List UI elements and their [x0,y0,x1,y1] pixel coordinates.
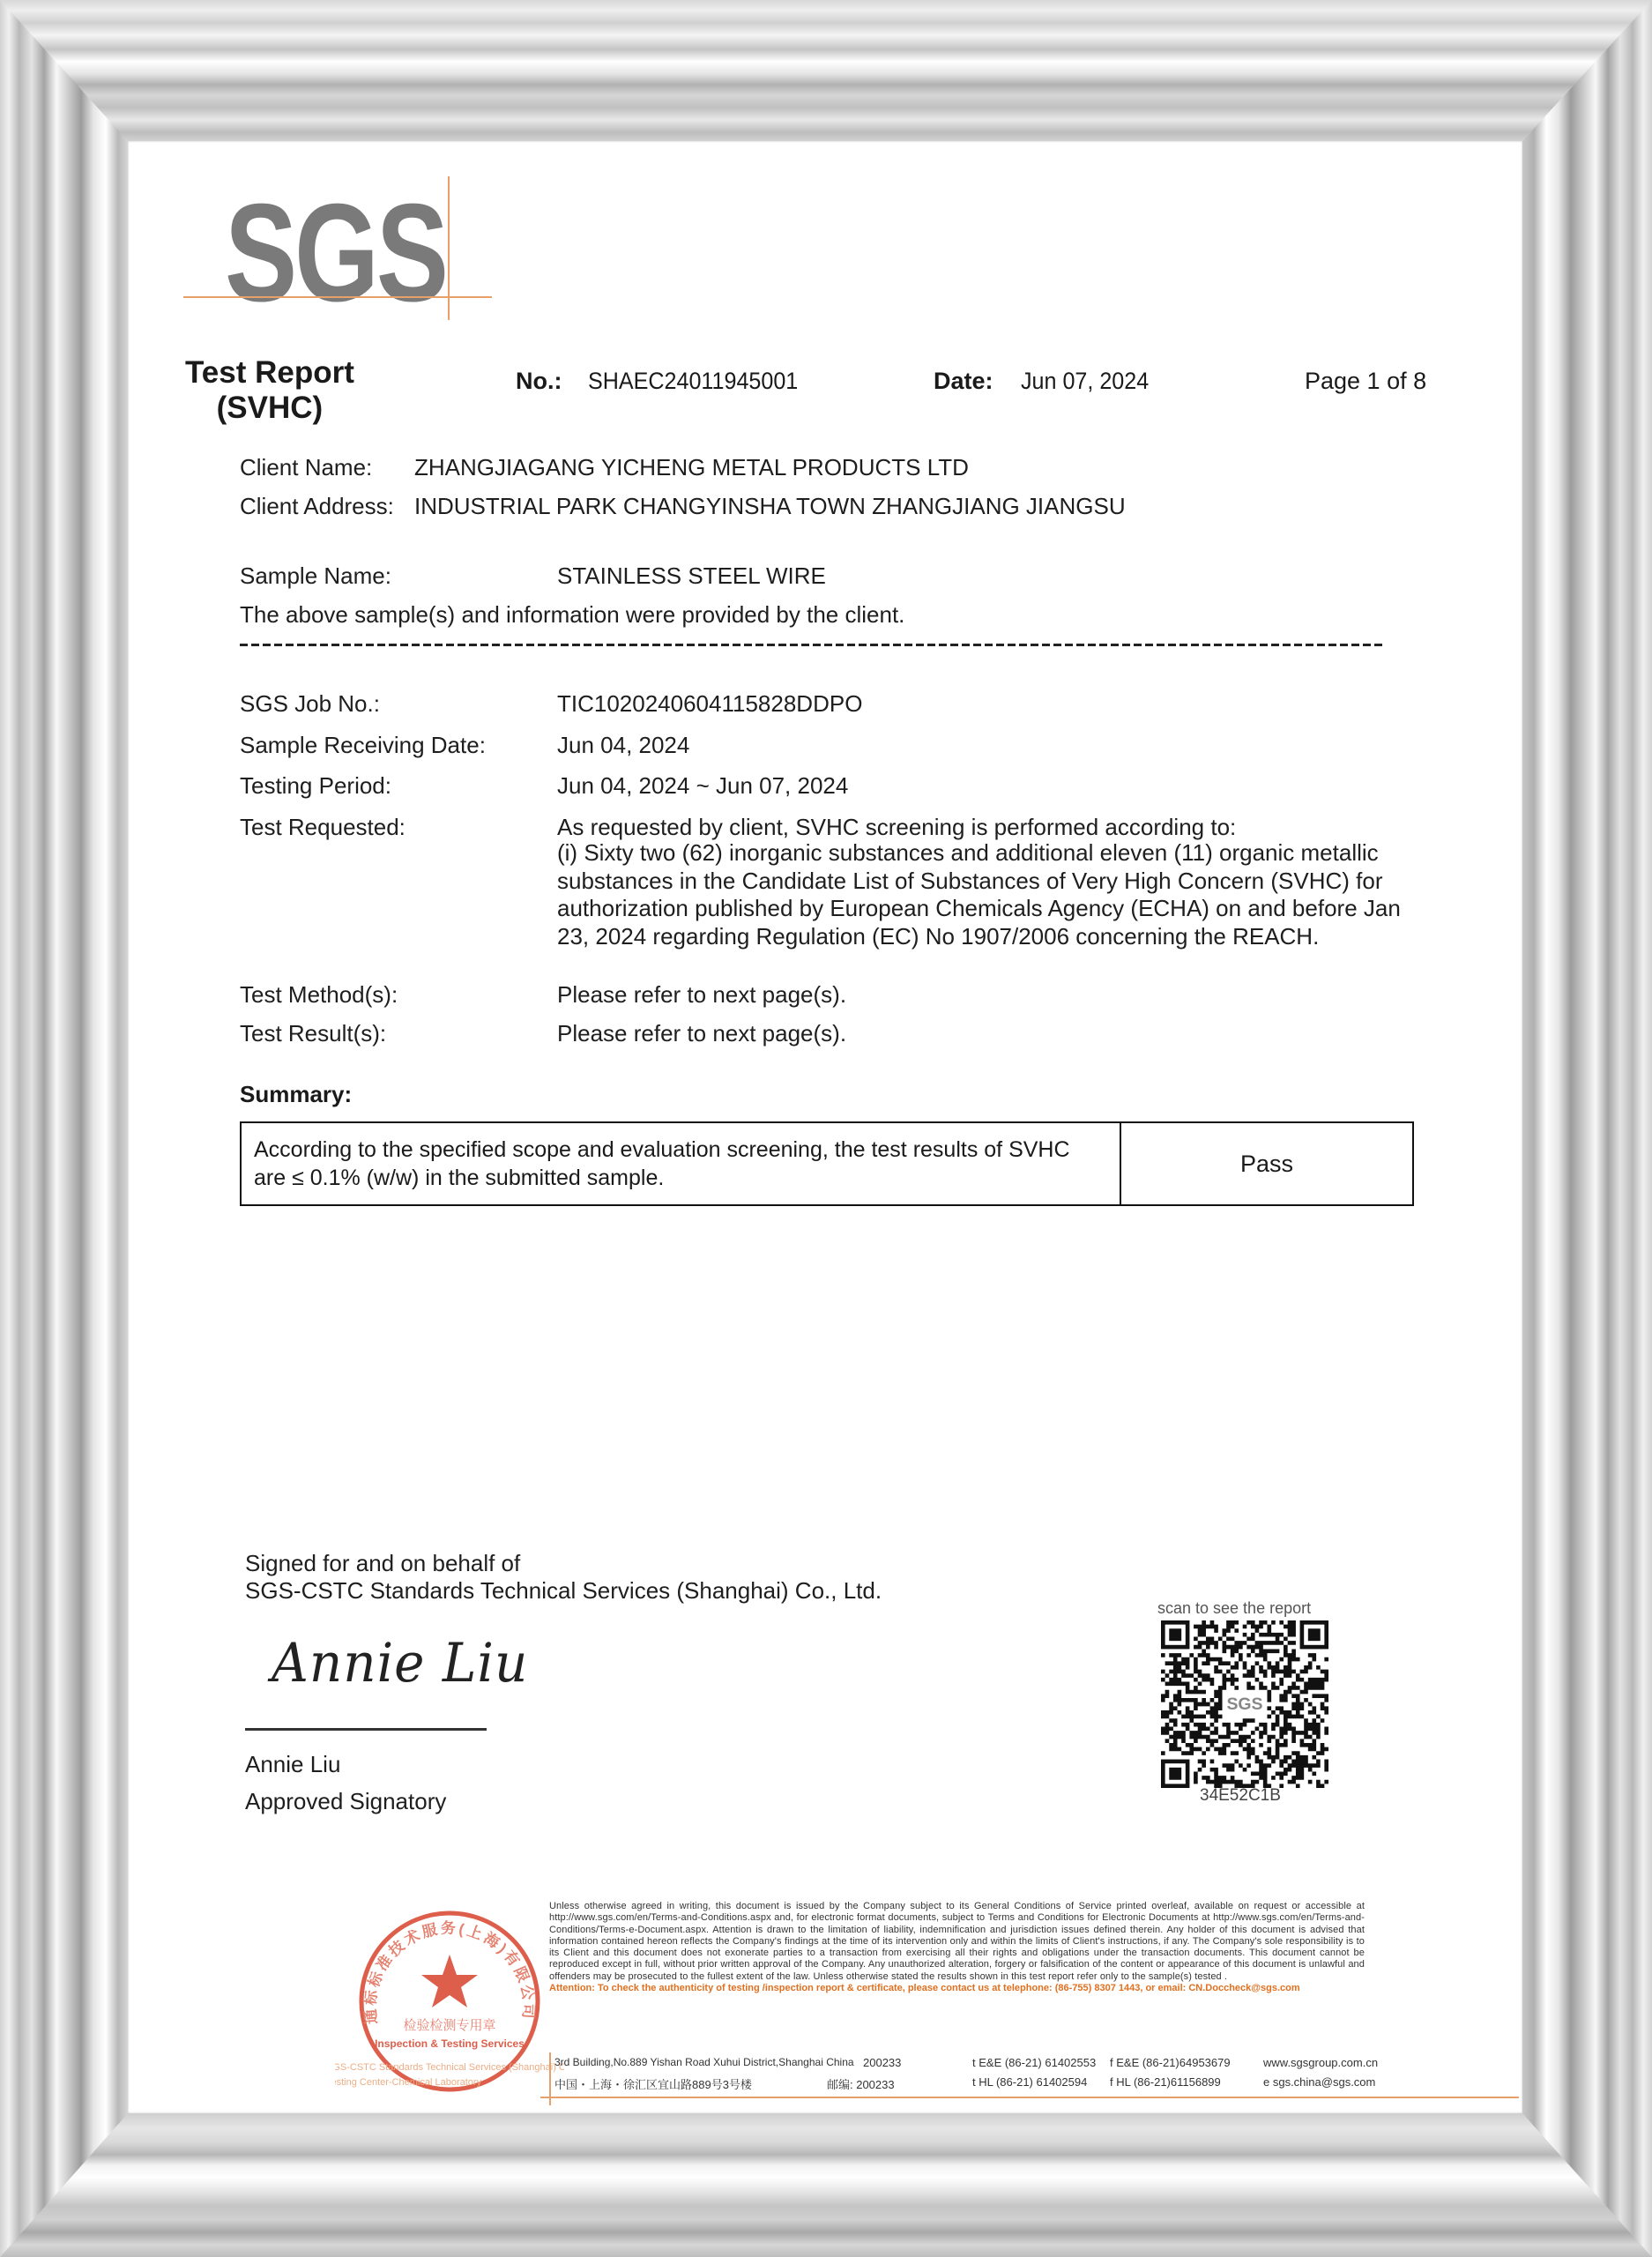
test-result-label: Test Result(s): [240,1020,386,1047]
handwritten-signature: Annie Liu [272,1631,528,1694]
job-no-value: TIC1020240604115828DDPO [557,690,862,718]
date-value: Jun 07, 2024 [1021,368,1149,395]
job-no-label: SGS Job No.: [240,690,380,718]
stamp-center-cn: 检验检测专用章 [403,2017,495,2033]
footer-address-bar: 3rd Building,No.889 Yishan Road Xuhui Di… [549,2052,1519,2100]
legal-disclaimer: Unless otherwise agreed in writing, this… [549,1901,1365,1983]
logo-vertical-rule [448,176,450,320]
address-en: 3rd Building,No.889 Yishan Road Xuhui Di… [554,2056,854,2068]
phone-hl-t: t HL (86-21) 61402594 [972,2075,1087,2089]
test-requested-label: Test Requested: [240,814,406,841]
postcode-en: 200233 [863,2056,901,2069]
report-no-label: No.: [516,368,562,395]
date-label: Date: [934,368,993,395]
sample-name-label: Sample Name: [240,562,391,590]
summary-table: According to the specified scope and eva… [240,1121,1414,1206]
phone-hl-f: f HL (86-21)61156899 [1110,2075,1221,2089]
email-link[interactable]: e sgs.china@sgs.com [1263,2075,1375,2089]
postcode-cn: 邮编: 200233 [827,2075,895,2092]
frame-left [0,0,128,2257]
summary-result: Pass [1121,1123,1412,1204]
testing-period-label: Testing Period: [240,772,391,800]
report-title: Test Report (SVHC) [185,355,354,426]
sample-note: The above sample(s) and information were… [240,601,904,629]
phone-ee-f: f E&E (86-21)64953679 [1110,2056,1231,2069]
title-line-1: Test Report [185,355,354,391]
page-indicator: Page 1 of 8 [1305,368,1426,395]
dashed-separator [240,644,1386,646]
test-requested-body: (i) Sixty two (62) inorganic substances … [557,839,1421,950]
footer-horizontal-rule [540,2097,1519,2098]
address-cn: 中国・上海・徐汇区宜山路889号3号楼 [554,2075,752,2092]
client-name-label: Client Name: [240,454,372,481]
logo-text: SGS [225,183,446,323]
summary-text: According to the specified scope and eva… [242,1123,1121,1204]
qr-verification-code: 34E52C1B [1200,1786,1281,1806]
signatory-role: Approved Signatory [245,1788,446,1815]
frame-right [1522,0,1652,2257]
signature-line [245,1728,487,1731]
test-result-value: Please refer to next page(s). [557,1020,846,1047]
website-link[interactable]: www.sgsgroup.com.cn [1263,2056,1378,2069]
qr-caption: scan to see the report [1157,1599,1311,1618]
signatory-name: Annie Liu [245,1751,340,1778]
sample-name-value: STAINLESS STEEL WIRE [557,562,826,590]
report-no-value: SHAEC24011945001 [588,368,798,395]
signed-behalf-line: Signed for and on behalf of [245,1550,520,1577]
sgs-logo: SGS [183,176,492,317]
summary-title: Summary: [240,1081,352,1108]
phone-ee-t: t E&E (86-21) 61402553 [972,2056,1096,2069]
test-method-value: Please refer to next page(s). [557,981,846,1009]
receiving-date-label: Sample Receiving Date: [240,732,486,759]
client-address-label: Client Address: [240,493,394,520]
svg-text:SGS: SGS [1226,1695,1262,1714]
authenticity-notice: Attention: To check the authenticity of … [549,1983,1365,1994]
test-method-label: Test Method(s): [240,981,398,1009]
frame-top [0,0,1652,141]
title-line-2: (SVHC) [185,391,354,426]
client-name-value: ZHANGJIAGANG YICHENG METAL PRODUCTS LTD [414,454,969,481]
test-requested-intro: As requested by client, SVHC screening i… [557,814,1236,841]
client-address-value: INDUSTRIAL PARK CHANGYINSHA TOWN ZHANGJI… [414,493,1126,520]
certificate-page: SGS Test Report (SVHC) No.: SHAEC2401194… [128,141,1522,2113]
footer-disclaimer-block: Unless otherwise agreed in writing, this… [549,1901,1501,1994]
frame-bottom [0,2113,1652,2257]
receiving-date-value: Jun 04, 2024 [557,732,689,759]
stamp-center-en: Inspection & Testing Services [375,2037,525,2050]
stamp-line-1: SGS-CSTC Standards Technical Services (S… [335,2062,564,2073]
logo-horizontal-rule [183,296,492,298]
testing-period-value: Jun 04, 2024 ~ Jun 07, 2024 [557,772,848,800]
qr-code-icon[interactable]: SGS [1161,1620,1328,1788]
signing-company: SGS-CSTC Standards Technical Services (S… [245,1577,882,1605]
stamp-line-2: Testing Center-Chemical Laboratory [335,2077,482,2088]
official-stamp-icon: 通标标准技术服务(上海)有限公司 检验检测专用章 Inspection & Te… [335,1904,564,2134]
